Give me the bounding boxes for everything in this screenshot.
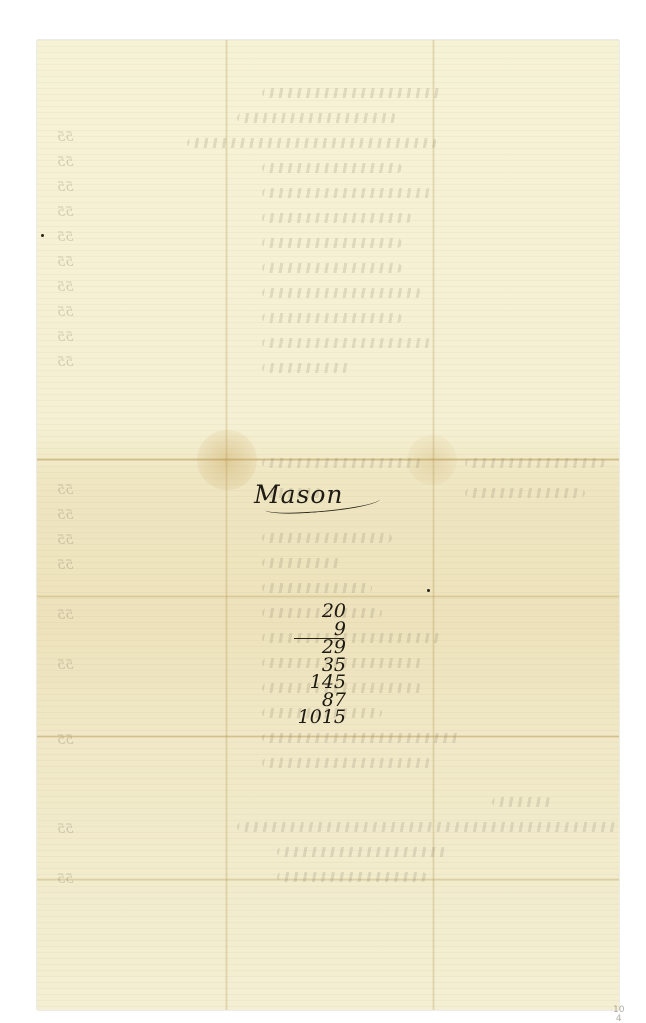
margin-mark: 55 [57,355,74,370]
margin-mark: 55 [57,230,74,245]
vertical-fold [432,40,435,1010]
margin-mark: 55 [57,558,74,573]
margin-mark: 55 [57,733,74,748]
margin-mark: 55 [57,130,74,145]
handwritten-sum: 20 9 29 35 145 87 1015 [276,603,346,727]
margin-mark: 55 [57,872,74,887]
manuscript-page: 55 55 55 55 55 55 55 55 55 55 55 55 55 5… [37,40,619,1010]
margin-mark: 55 [57,280,74,295]
ink-speck [41,234,44,237]
margin-mark: 55 [57,533,74,548]
margin-mark: 55 [57,658,74,673]
margin-mark: 55 [57,205,74,220]
corner-annotation: 10 4 [613,1006,624,1023]
margin-mark: 55 [57,155,74,170]
margin-mark: 55 [57,483,74,498]
margin-mark: 55 [57,822,74,837]
margin-mark: 55 [57,508,74,523]
margin-mark: 55 [57,305,74,320]
horizontal-fold [37,595,619,598]
margin-mark: 55 [57,608,74,623]
margin-mark: 55 [57,180,74,195]
fold-stain [197,430,257,490]
vertical-fold [225,40,228,1010]
figure: 1015 [276,709,346,727]
margin-mark: 55 [57,330,74,345]
margin-mark: 55 [57,255,74,270]
ink-speck [427,589,430,592]
